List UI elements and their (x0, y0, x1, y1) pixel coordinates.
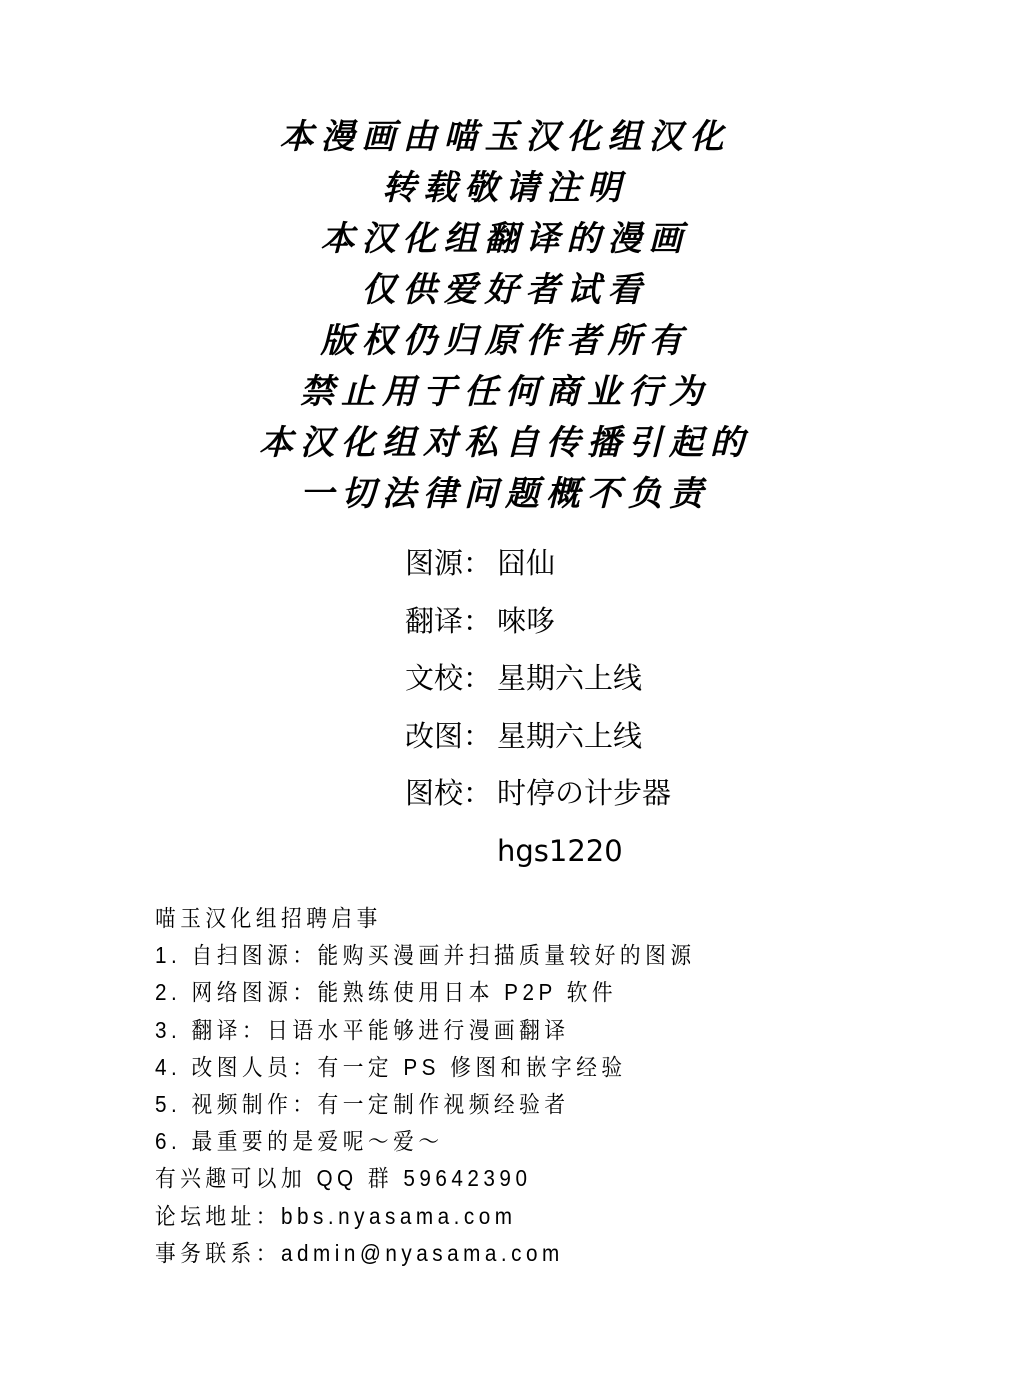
disclaimer-line: 本汉化组翻译的漫画 (0, 214, 1010, 265)
credit-value: 时停の计步器 (497, 773, 671, 813)
disclaimer-line: 转载敬请注明 (0, 163, 1010, 214)
credit-label: 文校： (405, 658, 492, 698)
recruitment-item: 6. 最重要的是爱呢～爱～ (155, 1123, 696, 1160)
disclaimer-line: 一切法律问题概不负责 (0, 469, 1010, 520)
disclaimer-line: 本汉化组对私自传播引起的 (0, 418, 1010, 469)
recruitment-item: 4. 改图人员：有一定 PS 修图和嵌字经验 (155, 1049, 696, 1086)
credit-label: 翻译： (405, 601, 492, 641)
recruitment-item: 1. 自扫图源：能购买漫画并扫描质量较好的图源 (155, 937, 696, 974)
disclaimer-line: 本漫画由喵玉汉化组汉化 (0, 112, 1010, 163)
forum-address: 论坛地址：bbs.nyasama.com (155, 1198, 696, 1235)
disclaimer-line: 仅供爱好者试看 (0, 265, 1010, 316)
credit-label: 改图： (405, 716, 492, 756)
credit-label: 图源： (405, 543, 492, 583)
credit-value: hgs1220 (497, 831, 623, 871)
disclaimer-header: 本漫画由喵玉汉化组汉化 转载敬请注明 本汉化组翻译的漫画 仅供爱好者试看 版权仍… (0, 112, 1010, 520)
recruitment-item: 3. 翻译：日语水平能够进行漫画翻译 (155, 1012, 696, 1049)
credit-value: 星期六上线 (497, 658, 642, 698)
credit-value: 星期六上线 (497, 716, 642, 756)
qq-group-info: 有兴趣可以加 QQ 群 59642390 (155, 1160, 696, 1197)
credit-value: 唻哆 (497, 601, 555, 641)
credit-value: 囧仙 (497, 543, 555, 583)
recruitment-item: 2. 网络图源：能熟练使用日本 P2P 软件 (155, 974, 696, 1011)
credit-label: 图校： (405, 773, 492, 813)
contact-email: 事务联系：admin@nyasama.com (155, 1235, 696, 1272)
disclaimer-line: 版权仍归原作者所有 (0, 316, 1010, 367)
recruitment-title: 喵玉汉化组招聘启事 (155, 900, 696, 937)
disclaimer-line: 禁止用于任何商业行为 (0, 367, 1010, 418)
recruitment-notice: 喵玉汉化组招聘启事 1. 自扫图源：能购买漫画并扫描质量较好的图源 2. 网络图… (155, 900, 756, 1272)
recruitment-item: 5. 视频制作：有一定制作视频经验者 (155, 1086, 696, 1123)
